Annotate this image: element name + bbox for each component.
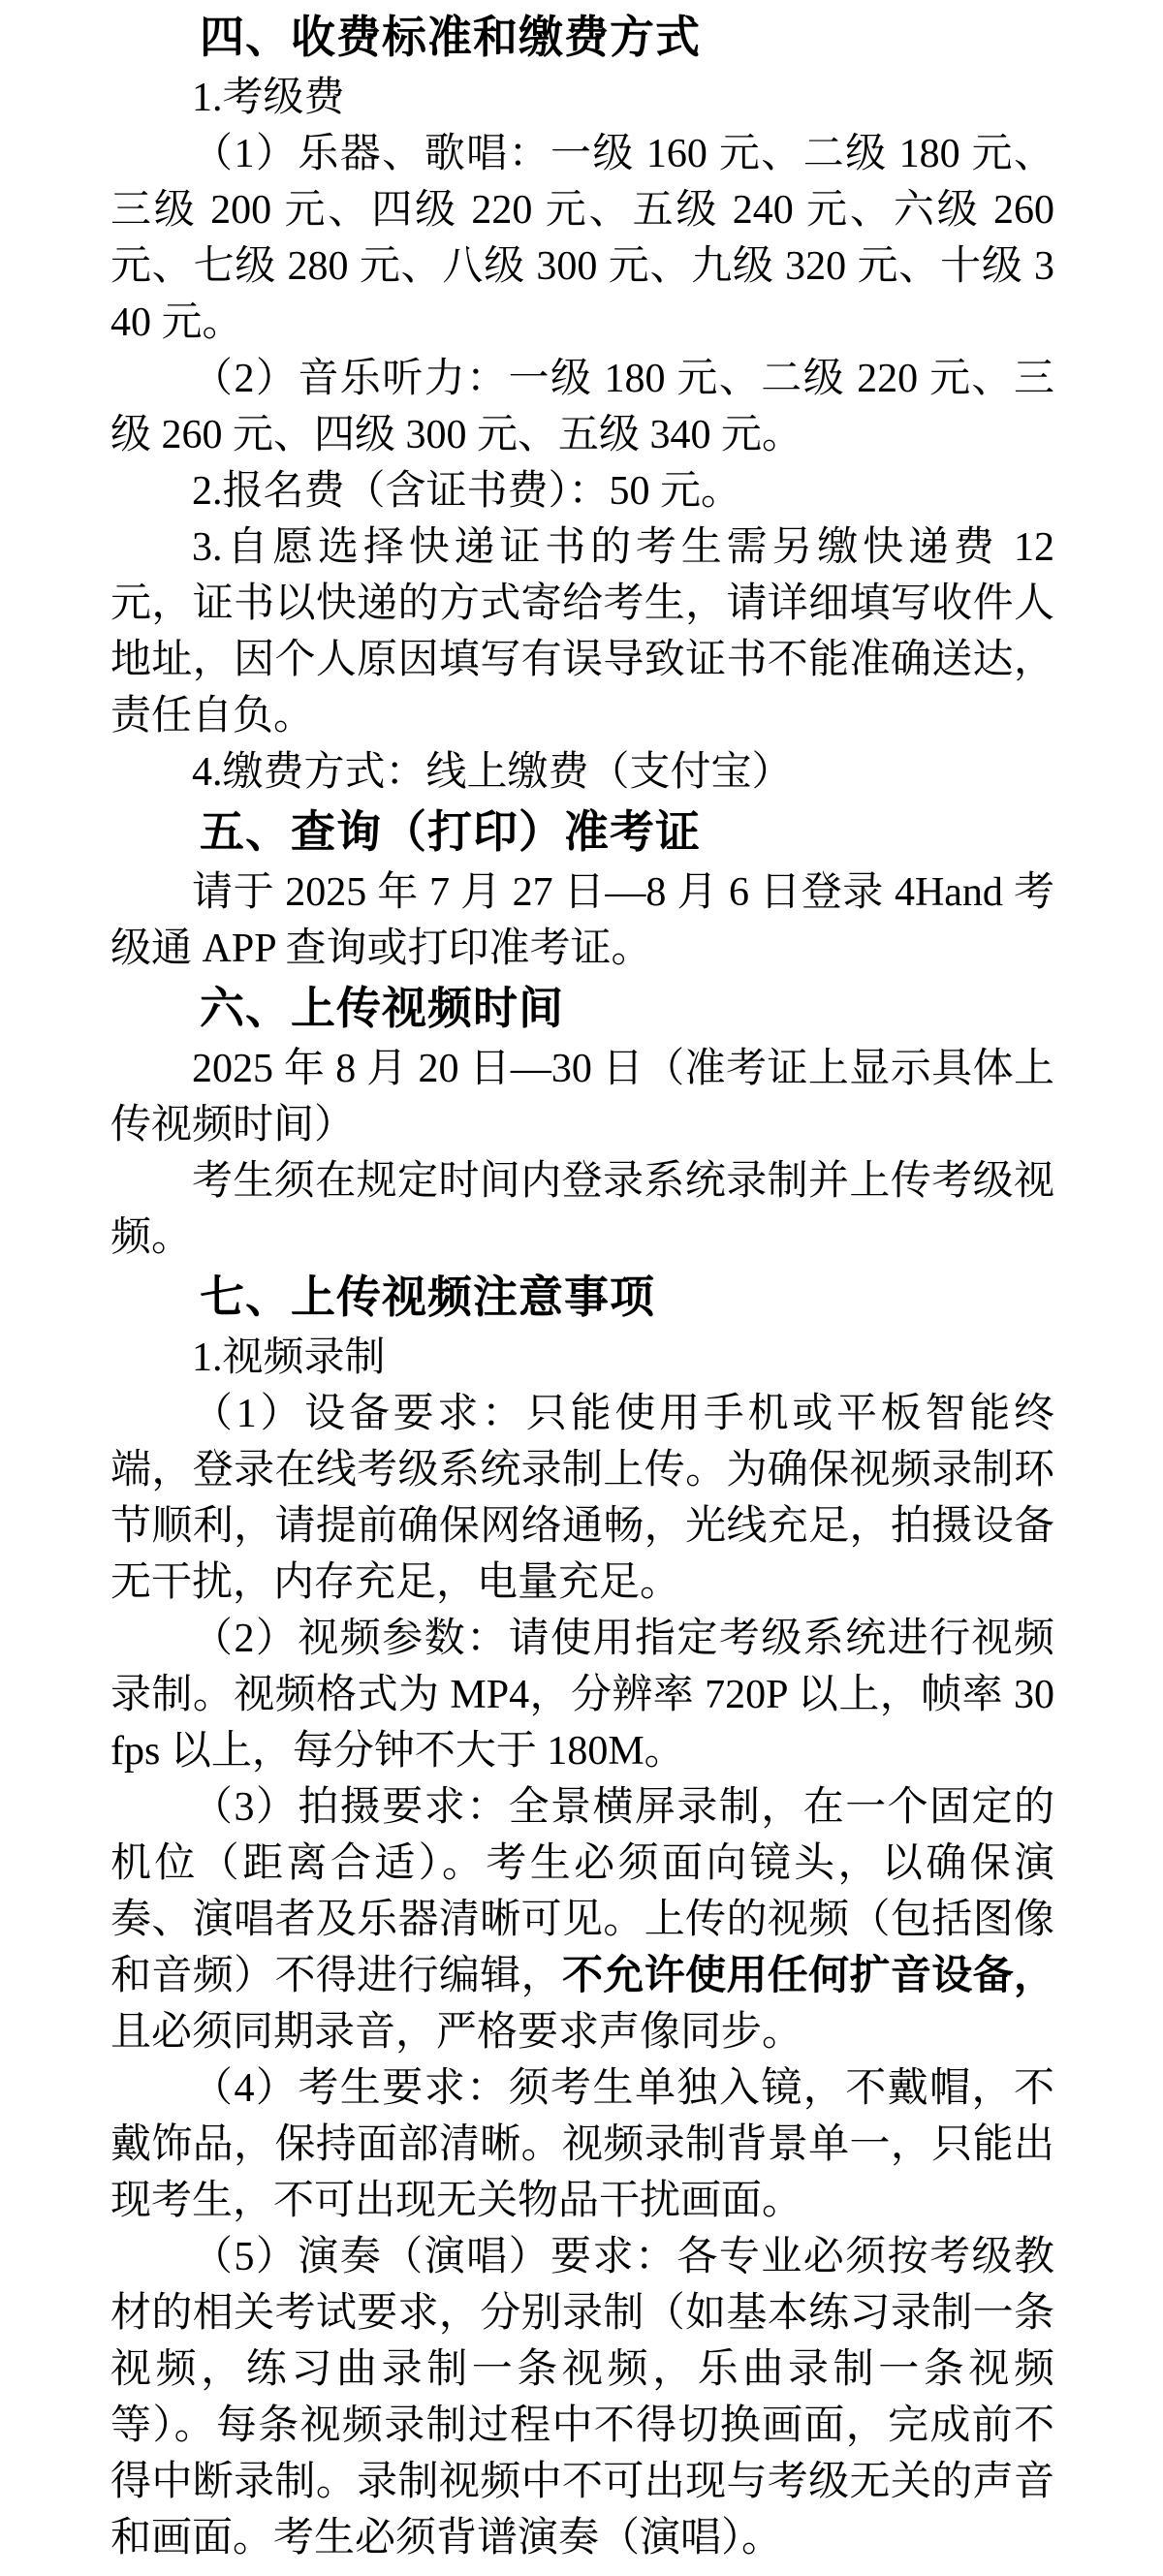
para-instrument-vocal-fees: （1）乐器、歌唱：一级 160 元、二级 180 元、三级 200 元、四级 2… [110, 126, 1054, 351]
para-device-requirements: （1）设备要求：只能使用手机或平板智能终端，登录在线考级系统录制上传。为确保视频… [110, 1386, 1054, 1611]
shooting-requirements-bold-warning: 不允许使用任何扩音设备， [562, 1954, 1054, 1998]
para-recording-label: 1.视频录制 [110, 1330, 1054, 1386]
para-exam-fee-label: 1.考级费 [110, 70, 1054, 126]
section-admission-ticket: 五、查询（打印）准考证 请于 2025 年 7 月 27 日—8 月 6 日登录… [110, 802, 1054, 977]
section-ticket-heading: 五、查询（打印）准考证 [110, 802, 1054, 861]
section-upload-time: 六、上传视频时间 2025 年 8 月 20 日—30 日（准考证上显示具体上传… [110, 979, 1054, 1266]
para-shooting-requirements: （3）拍摄要求：全景横屏录制，在一个固定的机位（距离合适）。考生必须面向镜头，以… [110, 1779, 1054, 2060]
section-upload-notes: 七、上传视频注意事项 1.视频录制 （1）设备要求：只能使用手机或平板智能终端，… [110, 1268, 1054, 2566]
para-upload-time-range: 2025 年 8 月 20 日—30 日（准考证上显示具体上传视频时间） [110, 1041, 1054, 1153]
section-fees-heading: 四、收费标准和缴费方式 [110, 8, 1054, 66]
shooting-requirements-text-after: 且必须同期录音，严格要求声像同步。 [110, 2010, 802, 2055]
section-upload-notes-heading: 七、上传视频注意事项 [110, 1268, 1054, 1326]
section-fees-and-payment: 四、收费标准和缴费方式 1.考级费 （1）乐器、歌唱：一级 160 元、二级 1… [110, 8, 1054, 801]
document-page: 四、收费标准和缴费方式 1.考级费 （1）乐器、歌唱：一级 160 元、二级 1… [0, 0, 1163, 2576]
para-upload-time-requirement: 考生须在规定时间内登录系统录制并上传考级视频。 [110, 1153, 1054, 1266]
para-video-parameters: （2）视频参数：请使用指定考级系统进行视频录制。视频格式为 MP4，分辨率 72… [110, 1611, 1054, 1779]
para-registration-fee: 2.报名费（含证书费）：50 元。 [110, 463, 1054, 519]
para-performance-requirements: （5）演奏（演唱）要求：各专业必须按考级教材的相关考试要求，分别录制（如基本练习… [110, 2229, 1054, 2566]
section-upload-time-heading: 六、上传视频时间 [110, 979, 1054, 1037]
para-candidate-requirements: （4）考生要求：须考生单独入镜，不戴帽，不戴饰品，保持面部清晰。视频录制背景单一… [110, 2060, 1054, 2229]
para-payment-method: 4.缴费方式：线上缴费（支付宝） [110, 744, 1054, 801]
para-listening-fees: （2）音乐听力：一级 180 元、二级 220 元、三级 260 元、四级 30… [110, 351, 1054, 463]
para-express-fee: 3.自愿选择快递证书的考生需另缴快递费 12 元，证书以快递的方式寄给考生，请详… [110, 519, 1054, 744]
para-ticket-query: 请于 2025 年 7 月 27 日—8 月 6 日登录 4Hand 考级通 A… [110, 864, 1054, 977]
